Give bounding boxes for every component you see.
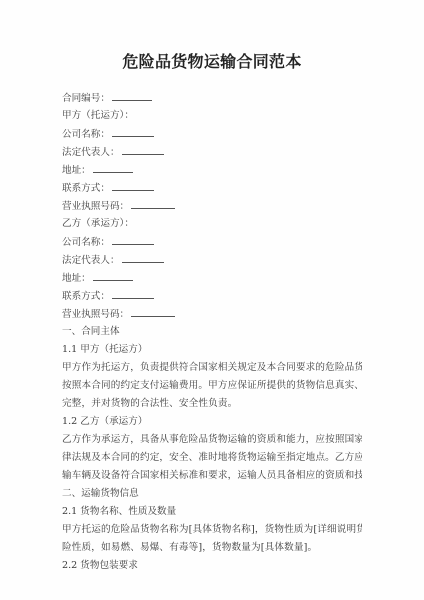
- paragraph-line: 险性质，如易燃、易爆、有毒等]，货物数量为[具体数量]。: [62, 539, 362, 557]
- party-b-heading: 乙方（承运方）：: [62, 215, 362, 233]
- paragraph-line: 甲方托运的危险品货物名称为[具体货物名称]，货物性质为[详细说明货物的危: [62, 521, 362, 539]
- party-a-company-blank[interactable]: [112, 125, 154, 137]
- field-party-a-license: 营业执照号码：: [62, 197, 362, 215]
- field-label: 营业执照号码：: [62, 309, 129, 320]
- field-party-a-legal-rep: 法定代表人：: [62, 143, 362, 161]
- section-2-1-heading: 2.1 货物名称、性质及数量: [62, 503, 362, 521]
- section-1-heading: 一、合同主体: [62, 323, 362, 341]
- document-title: 危险品货物运输合同范本: [0, 50, 424, 74]
- party-b-license-blank[interactable]: [131, 305, 175, 317]
- field-party-a-address: 地址：: [62, 161, 362, 179]
- paragraph-line: 律法规及本合同的约定，安全、准时地将货物运输至指定地点。乙方应保证运: [62, 449, 362, 467]
- field-label: 乙方（承运方）：: [62, 218, 134, 229]
- field-label: 合同编号：: [62, 93, 110, 104]
- field-contract-number: 合同编号：: [62, 89, 362, 107]
- field-party-a-contact: 联系方式：: [62, 179, 362, 197]
- party-b-company-blank[interactable]: [112, 233, 154, 245]
- section-1-1-paragraph: 甲方作为托运方，负责提供符合国家相关规定及本合同要求的危险品货物，并 按照本合同…: [62, 359, 362, 413]
- party-b-legal-rep-blank[interactable]: [122, 251, 164, 263]
- field-label: 公司名称：: [62, 129, 110, 140]
- paragraph-line: 完整，并对货物的合法性、安全性负责。: [62, 395, 362, 413]
- section-1-2-paragraph: 乙方作为承运方，具备从事危险品货物运输的资质和能力，应按照国家相关法 律法规及本…: [62, 431, 362, 485]
- field-label: 地址：: [62, 273, 91, 284]
- party-a-legal-rep-blank[interactable]: [122, 143, 164, 155]
- paragraph-line: 按照本合同的约定支付运输费用。甲方应保证所提供的货物信息真实、准确、: [62, 377, 362, 395]
- contract-number-blank[interactable]: [112, 89, 152, 101]
- field-label: 公司名称：: [62, 237, 110, 248]
- field-label: 联系方式：: [62, 183, 110, 194]
- party-a-heading: 甲方（托运方）：: [62, 107, 362, 125]
- paragraph-line: 乙方作为承运方，具备从事危险品货物运输的资质和能力，应按照国家相关法: [62, 431, 362, 449]
- party-a-contact-blank[interactable]: [112, 179, 154, 191]
- field-label: 甲方（托运方）：: [62, 110, 134, 121]
- field-label: 法定代表人：: [62, 147, 120, 158]
- paragraph-line: 输车辆及设备符合国家相关标准和要求，运输人员具备相应的资质和技能。: [62, 467, 362, 485]
- field-label: 营业执照号码：: [62, 201, 129, 212]
- document-body: 合同编号： 甲方（托运方）： 公司名称： 法定代表人： 地址： 联系方式： 营业…: [62, 89, 362, 575]
- field-party-b-legal-rep: 法定代表人：: [62, 251, 362, 269]
- section-2-1-paragraph: 甲方托运的危险品货物名称为[具体货物名称]，货物性质为[详细说明货物的危 险性质…: [62, 521, 362, 557]
- field-party-b-address: 地址：: [62, 269, 362, 287]
- party-b-address-blank[interactable]: [93, 269, 133, 281]
- field-party-b-contact: 联系方式：: [62, 287, 362, 305]
- section-2-2-heading: 2.2 货物包装要求: [62, 557, 362, 575]
- party-b-contact-blank[interactable]: [112, 287, 154, 299]
- party-a-license-blank[interactable]: [131, 197, 175, 209]
- field-label: 联系方式：: [62, 291, 110, 302]
- paragraph-line: 甲方作为托运方，负责提供符合国家相关规定及本合同要求的危险品货物，并: [62, 359, 362, 377]
- field-label: 地址：: [62, 165, 91, 176]
- party-a-address-blank[interactable]: [93, 161, 133, 173]
- field-label: 法定代表人：: [62, 255, 120, 266]
- section-1-1-heading: 1.1 甲方（托运方）: [62, 341, 362, 359]
- section-2-heading: 二、运输货物信息: [62, 485, 362, 503]
- document-page: 危险品货物运输合同范本 合同编号： 甲方（托运方）： 公司名称： 法定代表人： …: [0, 0, 424, 600]
- section-1-2-heading: 1.2 乙方（承运方）: [62, 413, 362, 431]
- field-party-a-company: 公司名称：: [62, 125, 362, 143]
- field-party-b-company: 公司名称：: [62, 233, 362, 251]
- field-party-b-license: 营业执照号码：: [62, 305, 362, 323]
